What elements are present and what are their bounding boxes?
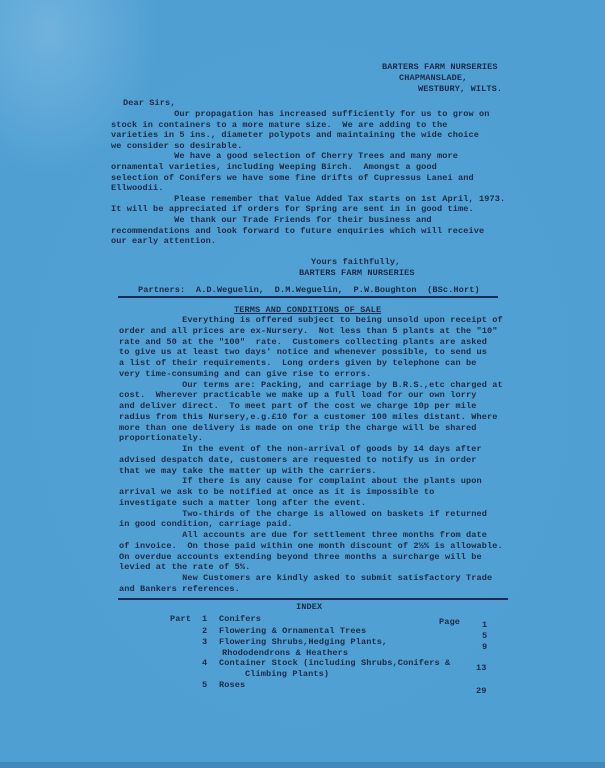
terms-line: a list of their requirements. Long order… (119, 358, 476, 368)
terms-line: and deliver direct. To meet part of the … (119, 401, 476, 411)
index-part-title: Flowering Shrubs,Hedging Plants, (219, 637, 387, 647)
letter-line: We thank our Trade Friends for their bus… (111, 215, 432, 225)
letter-line: varieties in 5 ins., diameter polypots a… (111, 130, 479, 140)
terms-line: and Bankers references. (119, 584, 240, 594)
terms-line: investigate such a matter long after the… (119, 498, 366, 508)
index-page-number: 13 (476, 663, 487, 673)
index-part-number: 5 (202, 680, 207, 690)
terms-line: proportionately. (119, 433, 203, 443)
terms-line: more than one delivery is made on one tr… (119, 423, 476, 433)
signature: BARTERS FARM NURSERIES (299, 268, 415, 278)
letter-line: stock in containers to a more mature siz… (111, 120, 447, 130)
letter-line: It will be appreciated if orders for Spr… (111, 204, 474, 214)
terms-line: radius from this Nursery,e.g.£10 for a c… (119, 412, 498, 422)
terms-line: to give us at least two days' notice and… (119, 347, 487, 357)
letterhead-address-line2: WESTBURY, WILTS. (418, 84, 502, 94)
letter-line: we consider so desirable. (111, 141, 242, 151)
index-title: INDEX (296, 602, 322, 612)
letter-line: Our propagation has increased sufficient… (111, 109, 490, 119)
terms-line: On overdue accounts extending beyond thr… (119, 552, 482, 562)
document-page: BARTERS FARM NURSERIES CHAPMANSLADE, WES… (0, 0, 605, 768)
index-page-number: 1 (482, 620, 487, 630)
terms-line: in good condition, carriage paid. (119, 519, 292, 529)
terms-line: In the event of the non-arrival of goods… (119, 444, 482, 454)
salutation: Dear Sirs, (123, 98, 176, 108)
index-part-title-continued: Climbing Plants) (245, 669, 329, 679)
terms-line: order and all prices are ex-Nursery. Not… (119, 326, 498, 336)
terms-line: of invoice. On those paid within one mon… (119, 541, 503, 551)
terms-line: very time-consuming and can give rise to… (119, 369, 371, 379)
terms-line: Two-thirds of the charge is allowed on b… (119, 509, 487, 519)
terms-line: Everything is offered subject to being u… (119, 315, 503, 325)
terms-line: that we may take the matter up with the … (119, 466, 377, 476)
letter-line: We have a good selection of Cherry Trees… (111, 151, 458, 161)
index-part-label: Part (170, 614, 191, 624)
letter-line: ornamental varieties, including Weeping … (111, 162, 437, 172)
index-part-number: 4 (202, 658, 207, 668)
terms-line: rate and 50 at the "100" rate. Customers… (119, 337, 487, 347)
index-part-title: Roses (219, 680, 245, 690)
letterhead-name: BARTERS FARM NURSERIES (382, 62, 498, 72)
index-part-number: 3 (202, 637, 207, 647)
letter-line: selection of Conifers we have some fine … (111, 173, 474, 183)
terms-line: If there is any cause for complaint abou… (119, 476, 482, 486)
terms-line: advised despatch date, customers are req… (119, 455, 476, 465)
letter-line: recommendations and look forward to futu… (111, 226, 484, 236)
divider-line (118, 598, 508, 600)
page-edge (0, 762, 605, 768)
index-page-number: 5 (482, 631, 487, 641)
index-part-number: 1 (202, 614, 207, 624)
index-page-number: 9 (482, 642, 487, 652)
terms-line: levied at the rate of 5%. (119, 562, 250, 572)
divider-line (118, 296, 498, 298)
index-page-number: 29 (476, 686, 487, 696)
terms-line: New Customers are kindly asked to submit… (119, 573, 492, 583)
letter-line: our early attention. (111, 236, 216, 246)
letterhead-address-line1: CHAPMANSLADE, (399, 73, 467, 83)
terms-line: arrival we ask to be notified at once as… (119, 487, 434, 497)
index-part-title-continued: Rhododendrons & Heathers (222, 648, 348, 658)
terms-line: cost. Wherever practicable we make up a … (119, 390, 476, 400)
index-part-title: Conifers (219, 614, 261, 624)
index-part-number: 2 (202, 626, 207, 636)
letter-line: Ellwoodii. (111, 183, 164, 193)
terms-line: Our terms are: Packing, and carriage by … (119, 380, 503, 390)
letter-line: Please remember that Value Added Tax sta… (111, 194, 505, 204)
closing: Yours faithfully, (311, 257, 400, 267)
index-page-label: Page (439, 617, 460, 627)
terms-title: TERMS AND CONDITIONS OF SALE (234, 305, 381, 315)
partners-line: Partners: A.D.Weguelin, D.M.Weguelin, P.… (138, 285, 480, 295)
terms-line: All accounts are due for settlement thre… (119, 530, 487, 540)
index-part-title: Flowering & Ornamental Trees (219, 626, 366, 636)
index-part-title: Container Stock (including Shrubs,Conife… (219, 658, 450, 668)
